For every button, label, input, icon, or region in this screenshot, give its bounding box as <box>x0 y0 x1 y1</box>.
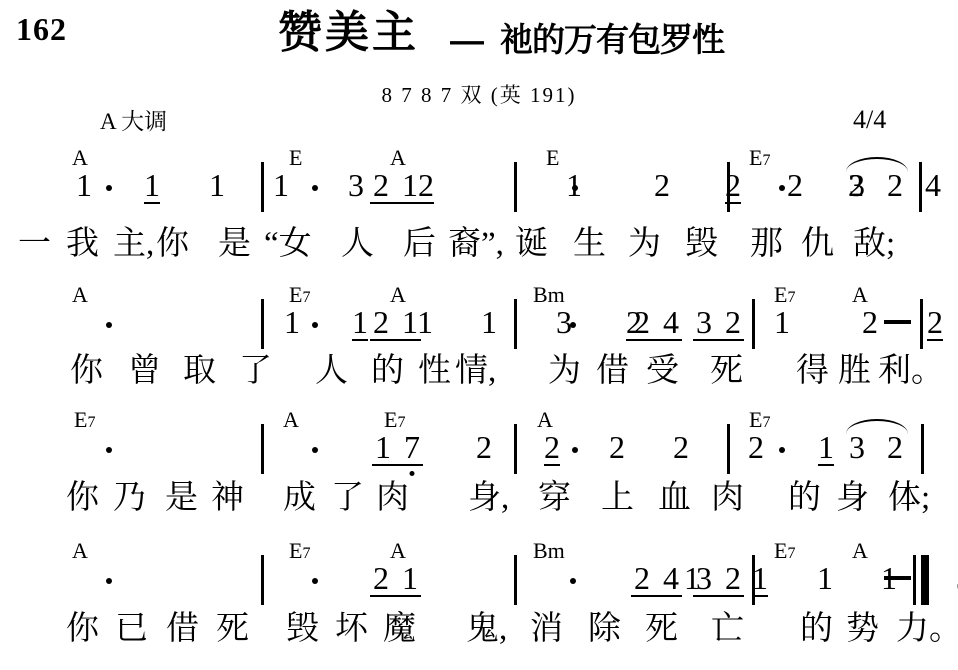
lyric-char: 体; <box>888 481 930 515</box>
beam-group: 24 <box>631 305 682 341</box>
lyric-char: 的 <box>788 481 821 515</box>
lyric-char: 受 <box>646 354 679 388</box>
lyric-char: 为 <box>628 227 661 261</box>
aug-dot <box>779 447 785 453</box>
chord-label: A <box>390 147 406 169</box>
lyric-char: 你 <box>66 481 99 515</box>
barline <box>261 162 264 212</box>
chord-label: A <box>72 540 88 562</box>
chord-label: Bm <box>533 284 565 306</box>
aug-dot <box>312 185 318 191</box>
note: 1 <box>273 168 289 202</box>
chord-label: E <box>289 147 302 169</box>
note: 2 <box>544 430 560 466</box>
key-signature: A 大调 <box>100 110 167 134</box>
barline <box>261 299 264 349</box>
lyric-char: 情, <box>455 354 496 388</box>
lyric-char: 那 <box>750 227 783 261</box>
lyric-char: 死 <box>216 612 249 646</box>
final-barline-thin <box>913 555 916 605</box>
chord-label: E7 <box>289 540 310 565</box>
chord-label: A <box>72 147 88 169</box>
aug-dot <box>312 578 318 584</box>
beam-group: 32 <box>693 561 744 597</box>
octave-dot <box>410 471 415 476</box>
note: 2 <box>634 561 650 595</box>
barline <box>514 299 517 349</box>
barline <box>921 424 924 474</box>
aug-dot <box>572 185 578 191</box>
note: 2 <box>634 305 650 339</box>
note: 3 <box>696 561 712 595</box>
note: 4 <box>663 561 679 595</box>
note: 2 <box>887 430 903 464</box>
lyric-char: 消 <box>530 612 563 646</box>
chord-label: E <box>546 147 559 169</box>
lyric-char: 主, <box>113 227 154 261</box>
lyric-char: 诞 <box>515 227 548 261</box>
chord-seventh: 7 <box>762 152 770 169</box>
lyric-char: 是 <box>165 481 198 515</box>
lyric-char: 得 <box>796 354 829 388</box>
beam-group: 32 <box>693 305 744 341</box>
note: 2 <box>609 430 625 464</box>
aug-dot <box>570 322 576 328</box>
note: 1 <box>402 305 418 339</box>
note: 2 <box>748 430 764 464</box>
barline <box>752 299 755 349</box>
lyric-char: 的 <box>800 612 833 646</box>
title-dash: — <box>450 24 484 58</box>
slur-pair: 32 <box>849 430 903 464</box>
note: 1 <box>481 305 497 339</box>
beam-group: 21 <box>370 305 421 341</box>
lyric-char: 借 <box>596 354 629 388</box>
note: 1 <box>774 305 790 339</box>
lyric-char: 我 <box>66 227 99 261</box>
note: 3 <box>849 168 865 202</box>
time-signature: 4/4 <box>853 107 886 133</box>
barline <box>752 555 755 605</box>
lyric-char: 毁 <box>286 612 319 646</box>
chord-label: A <box>390 540 406 562</box>
lyric-char: 你 <box>156 227 189 261</box>
beam-group: 24 <box>631 561 682 597</box>
lyric-char: 上 <box>601 481 634 515</box>
chord-seventh: 7 <box>302 545 310 562</box>
chord-label: A <box>72 284 88 306</box>
note: 2 <box>862 305 878 339</box>
lyric-char: 人 <box>341 227 374 261</box>
chord-label: A <box>283 409 299 431</box>
lyric-char: 穿 <box>538 481 571 515</box>
barline <box>920 299 923 349</box>
note: 7 <box>404 430 420 464</box>
lyric-char: 生 <box>573 227 606 261</box>
lyric-char: 势 <box>846 612 879 646</box>
hold-dash <box>884 576 911 580</box>
note: 3 <box>849 430 865 464</box>
lyric-char: 肉 <box>711 481 744 515</box>
aug-dot <box>106 322 112 328</box>
lyric-char: 了 <box>331 481 364 515</box>
aug-dot <box>570 578 576 584</box>
note: 2 <box>887 168 903 202</box>
lyric-char: 的 <box>371 354 404 388</box>
lyric-char: 身 <box>836 481 869 515</box>
lyric-char: 敌; <box>853 227 895 261</box>
aug-dot <box>779 185 785 191</box>
lyric-char: 乃 <box>113 481 146 515</box>
barline <box>514 555 517 605</box>
lyric-char: 是 <box>218 227 251 261</box>
beam-group: 17 <box>372 430 423 466</box>
aug-dot <box>106 447 112 453</box>
aug-dot <box>572 447 578 453</box>
lyric-char: 为 <box>548 354 581 388</box>
note: 2 <box>725 305 741 339</box>
note: 1 <box>284 305 300 339</box>
beam-group: 21 <box>370 561 421 597</box>
lyric-char: 死 <box>710 354 743 388</box>
chord-label: A <box>852 284 868 306</box>
lyric-char: 胜 <box>838 354 871 388</box>
chord-seventh: 7 <box>87 414 95 431</box>
barline <box>727 162 730 212</box>
note: 2 <box>476 430 492 464</box>
barline <box>919 162 922 212</box>
chord-seventh: 7 <box>787 545 795 562</box>
note: 2 <box>927 305 943 341</box>
note: 1 <box>817 561 833 595</box>
chord-label: A <box>537 409 553 431</box>
note: 2 <box>373 305 389 339</box>
lyric-char: 后 <box>403 227 436 261</box>
note: 2 <box>373 168 389 202</box>
lyric-char: 亡 <box>711 612 744 646</box>
lyric-char: 利。 <box>878 354 944 388</box>
lyric-char: 性 <box>418 354 451 388</box>
chord-seventh: 7 <box>302 289 310 306</box>
aug-dot <box>106 185 112 191</box>
note: 3 <box>348 168 364 202</box>
note: 4 <box>925 168 941 202</box>
lyric-char: 你 <box>70 354 103 388</box>
note: 3 <box>696 305 712 339</box>
lyric-char: 肉 <box>376 481 409 515</box>
note: 2 <box>673 430 689 464</box>
note: 2 <box>373 561 389 595</box>
note: 4 <box>663 305 679 339</box>
aug-dot <box>312 322 318 328</box>
lyric-char: 已 <box>115 612 148 646</box>
lyric-char: 毁 <box>685 227 718 261</box>
meter-line: 8 7 8 7 双 (英 191) <box>0 84 958 106</box>
note: 1 <box>375 430 391 464</box>
lyric-char: 了 <box>239 354 272 388</box>
chord-label: E7 <box>774 540 795 565</box>
lyric-char: 身, <box>468 481 509 515</box>
chord-label: Bm <box>533 540 565 562</box>
barline <box>514 424 517 474</box>
note: 2 <box>654 168 670 202</box>
lyric-char: “女 <box>264 227 312 261</box>
note: 1 <box>818 430 834 466</box>
lyric-char: 魔 <box>383 612 416 646</box>
lyric-char: 鬼, <box>466 612 507 646</box>
barline <box>261 555 264 605</box>
beam-group: 21 <box>370 168 421 204</box>
lyric-char: 人 <box>315 354 348 388</box>
note: 1 <box>144 168 160 204</box>
note: 1 <box>209 168 225 202</box>
lyric-char: 神 <box>211 481 244 515</box>
note: 3 <box>556 305 572 339</box>
hymn-sheet-page: 162 赞美主 — 祂的万有包罗性 8 7 8 7 双 (英 191) A 大调… <box>0 0 958 670</box>
chord-label: A <box>852 540 868 562</box>
lyric-char: 除 <box>588 612 621 646</box>
hold-dash <box>884 320 911 324</box>
lyric-char: 死 <box>645 612 678 646</box>
note: 1 <box>352 305 368 341</box>
slur-pair: 32 <box>849 168 903 202</box>
barline <box>727 424 730 474</box>
barline <box>261 424 264 474</box>
aug-dot <box>106 578 112 584</box>
note: 1 <box>402 561 418 595</box>
chord-label: E7 <box>74 409 95 434</box>
lyric-char: 仇 <box>801 227 834 261</box>
hymn-title-main: 赞美主 <box>278 10 419 56</box>
lyric-char: 一 <box>18 227 51 261</box>
lyric-char: 曾 <box>128 354 161 388</box>
lyric-char: 你 <box>66 612 99 646</box>
note: 1 <box>76 168 92 202</box>
note: 2 <box>725 561 741 595</box>
lyric-char: 坏 <box>335 612 368 646</box>
lyric-char: 借 <box>166 612 199 646</box>
note: 2 <box>787 168 803 202</box>
note: 1 <box>402 168 418 202</box>
lyric-char: 取 <box>183 354 216 388</box>
chord-label: A <box>390 284 406 306</box>
hymn-title-sub: 祂的万有包罗性 <box>500 22 724 57</box>
final-barline-thick <box>921 555 929 605</box>
aug-dot <box>312 447 318 453</box>
chord-label: E7 <box>749 147 770 172</box>
lyric-char: 力。 <box>896 612 958 646</box>
lyric-char: 血 <box>658 481 691 515</box>
hymn-number: 162 <box>16 12 67 46</box>
barline <box>514 162 517 212</box>
lyric-char: 成 <box>283 481 316 515</box>
lyric-char: 裔”, <box>448 227 504 261</box>
